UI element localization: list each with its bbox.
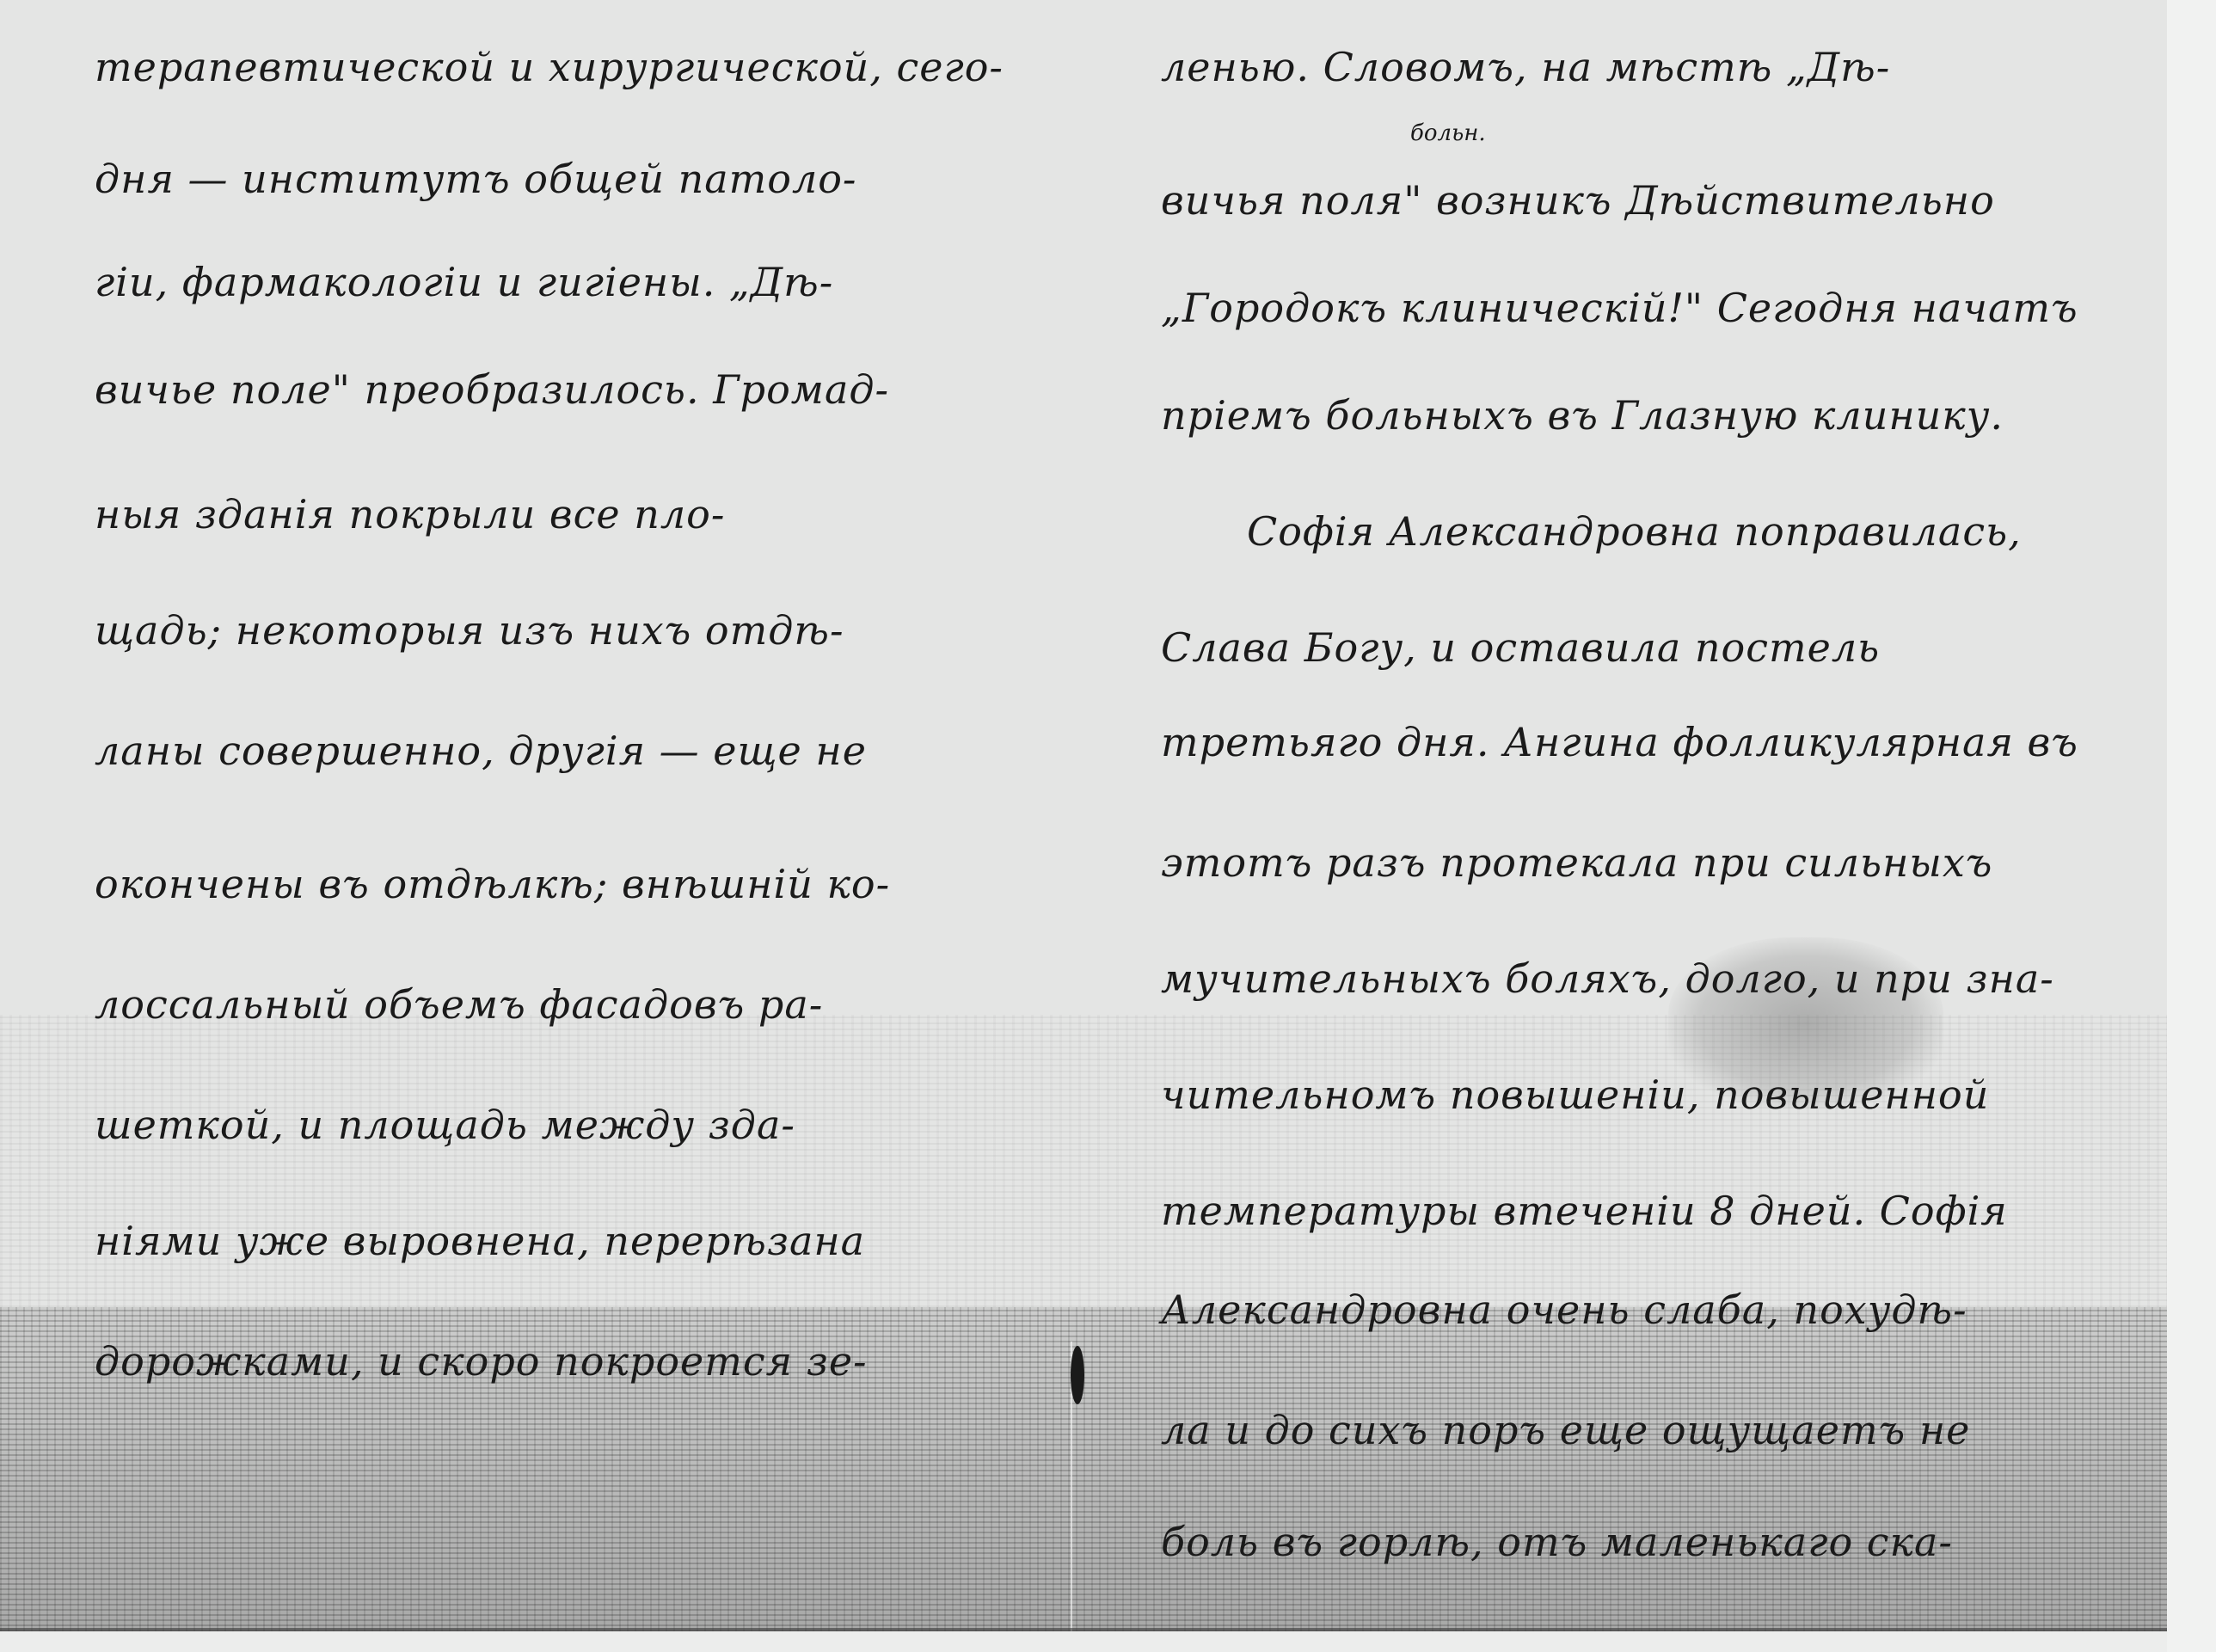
left-line-5: ныя зданія покрыли все пло- (95, 494, 725, 534)
right-line-11: температуры втеченіи 8 дней. Софія (1161, 1191, 2008, 1231)
right-line-2: вичья поля" возникъ Дѣйствительно (1161, 181, 1995, 220)
right-line-7: третьяго дня. Ангина фолликулярная въ (1161, 722, 2078, 762)
left-line-9: лоссальный объемъ фасадовъ ра- (95, 985, 823, 1024)
right-line-10: чительномъ повышеніи, повышенной (1161, 1075, 1989, 1115)
left-line-1: терапевтической и хирургической, сего- (95, 47, 1004, 87)
photocopy-bottom-edge (0, 1628, 2167, 1631)
right-line-12: Александровна очень слаба, похудѣ- (1161, 1290, 1967, 1330)
left-line-12: дорожками, и скоро покроется зе- (95, 1342, 868, 1381)
right-line-8: этотъ разъ протекала при сильныхъ (1161, 843, 1992, 882)
right-line-3: „Городокъ клиническій!" Сегодня начатъ (1161, 288, 2078, 328)
left-line-6: щадь; некоторыя изъ нихъ отдѣ- (95, 611, 844, 650)
left-line-4: вичье поле" преобразилось. Громад- (95, 370, 889, 409)
left-line-7: ланы совершенно, другія — еще не (95, 731, 867, 771)
right-line-9: мучительныхъ боляхъ, долго, и при зна- (1161, 959, 2054, 998)
interlinear-correction: больн. (1410, 120, 1486, 146)
right-line-5: Софія Александровна поправилась, (1247, 512, 2022, 551)
left-line-2: дня — институтъ общей патоло- (95, 159, 856, 199)
left-line-3: гіи, фармакологіи и гигіены. „Дѣ- (95, 262, 833, 302)
page-margin (2167, 0, 2216, 1652)
right-line-6: Слава Богу, и оставила постель (1161, 628, 1880, 667)
right-line-1: ленью. Словомъ, на мѣстѣ „Дѣ- (1161, 47, 1890, 87)
left-line-10: шеткой, и площадь между зда- (95, 1105, 795, 1145)
letter-spread: терапевтической и хирургической, сего- д… (0, 0, 2167, 1631)
right-line-4: пріемъ больныхъ въ Глазную клинику. (1161, 396, 2004, 435)
left-line-11: ніями уже выровнена, перерѣзана (95, 1221, 865, 1261)
ink-blot (1071, 1346, 1084, 1404)
right-line-13: ла и до сихъ поръ еще ощущаетъ не (1161, 1410, 1970, 1450)
right-line-14: боль въ горлѣ, отъ маленькаго ска- (1161, 1522, 1953, 1562)
left-line-8: окончены въ отдѣлкѣ; внѣшній ко- (95, 864, 890, 904)
